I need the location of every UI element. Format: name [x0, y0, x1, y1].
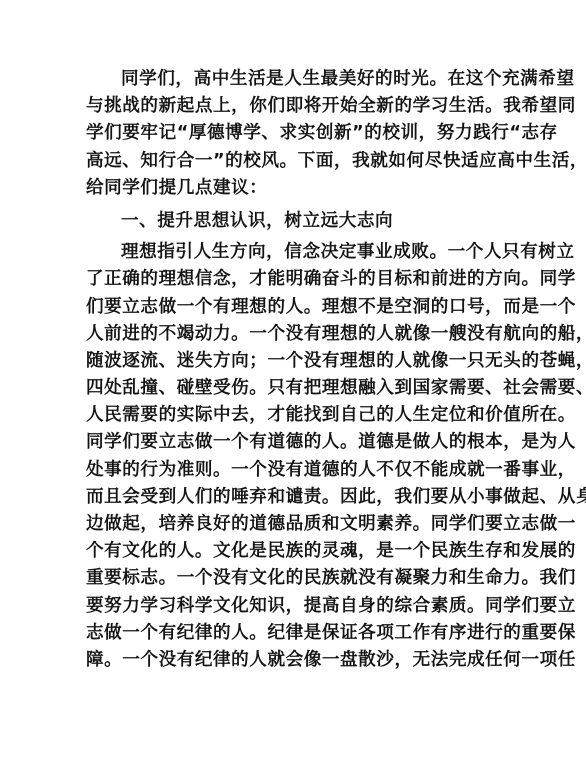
text-line: 人民需要的实际中去，才能找到自己的人生定位和价值所在。 [86, 402, 490, 429]
text-line: 给同学们提几点建议： [86, 175, 490, 202]
text-line: 学们要牢记“厚德博学、求实创新”的校训，努力践行“志存 [86, 120, 490, 147]
text-line: 随波逐流、迷失方向；一个没有理想的人就像一只无头的苍蝇， [86, 348, 490, 375]
text-line: 边做起，培养良好的道德品质和文明素养。同学们要立志做一 [86, 511, 490, 538]
section-heading: 一、提升思想认识，树立远大志向 [86, 208, 490, 235]
text-line: 理想指引人生方向，信念决定事业成败。一个人只有树立 [86, 239, 490, 266]
text-line: 高远、知行合一”的校风。下面，我就如何尽快适应高中生活， [86, 148, 490, 175]
text-line: 志做一个有纪律的人。纪律是保证各项工作有序进行的重要保 [86, 620, 490, 647]
text-line: 们要立志做一个有理想的人。理想不是空洞的口号，而是一个 [86, 294, 490, 321]
text-line: 而且会受到人们的唾弃和谴责。因此，我们要从小事做起、从身 [86, 484, 490, 511]
text-line: 了正确的理想信念，才能明确奋斗的目标和前进的方向。同学 [86, 266, 490, 293]
document-body: 同学们，高中生活是人生最美好的时光。在这个充满希望 与挑战的新起点上，你们即将开… [86, 66, 490, 674]
text-line: 人前进的不竭动力。一个没有理想的人就像一艘没有航向的船， [86, 321, 490, 348]
text-line: 重要标志。一个没有文化的民族就没有凝聚力和生命力。我们 [86, 565, 490, 592]
text-line: 要努力学习科学文化知识，提高自身的综合素质。同学们要立 [86, 593, 490, 620]
text-line: 处事的行为准则。一个没有道德的人不仅不能成就一番事业， [86, 457, 490, 484]
document-page: 同学们，高中生活是人生最美好的时光。在这个充满希望 与挑战的新起点上，你们即将开… [0, 0, 586, 759]
intro-paragraph: 同学们，高中生活是人生最美好的时光。在这个充满希望 与挑战的新起点上，你们即将开… [86, 66, 490, 202]
text-line: 同学们，高中生活是人生最美好的时光。在这个充满希望 [86, 66, 490, 93]
section-paragraph: 理想指引人生方向，信念决定事业成败。一个人只有树立 了正确的理想信念，才能明确奋… [86, 239, 490, 674]
text-line: 同学们要立志做一个有道德的人。道德是做人的根本，是为人 [86, 429, 490, 456]
text-line: 四处乱撞、碰壁受伤。只有把理想融入到国家需要、社会需要、 [86, 375, 490, 402]
text-line: 与挑战的新起点上，你们即将开始全新的学习生活。我希望同 [86, 93, 490, 120]
text-line: 个有文化的人。文化是民族的灵魂，是一个民族生存和发展的 [86, 538, 490, 565]
text-line: 障。一个没有纪律的人就会像一盘散沙，无法完成任何一项任 [86, 647, 490, 674]
